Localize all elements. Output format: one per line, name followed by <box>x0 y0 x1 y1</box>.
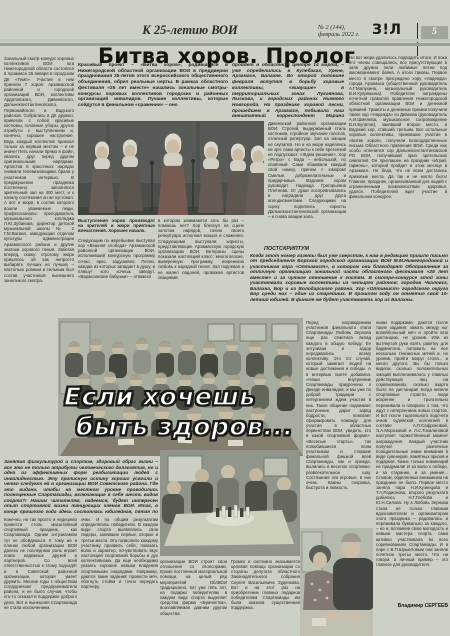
issue-number: № 2 (144), <box>318 24 360 31</box>
lead-paragraph-bottom: Занятия физкультурой и спортом, здоровый… <box>4 459 158 514</box>
article-column-below-photo-right: в котором занимаются хоть бы раз – помни… <box>158 218 244 314</box>
author-signature: Владимир СЕРГЕЕВ <box>376 603 448 609</box>
photo-tint <box>300 528 373 636</box>
article-column-d: ными подарками; даются после такие задан… <box>376 320 448 601</box>
section-title: К 25-летию ВОИ <box>55 23 325 38</box>
photo-tint <box>78 121 264 215</box>
bottom-column-3: организации ВОИ строят свои отношения со… <box>160 559 227 634</box>
headline-bottom-line1: Если хочешь <box>64 382 256 411</box>
award-photo <box>300 528 373 636</box>
postscriptum-block: ПОСТСКРИПТУМ Когда этот номер газеты был… <box>250 246 448 314</box>
bottom-column-2: очки. И по общим результатам определялис… <box>81 517 158 634</box>
photo-caption: Выступления хоров производят на зрителей… <box>78 218 155 236</box>
article-column-below-photo-left: Следующим по жеребьевке выступал хор «Ве… <box>78 238 155 314</box>
article-column-c: Перед награждением участников финального… <box>306 320 371 525</box>
bottom-column-1: Конечно, не так просто и недешево провес… <box>4 517 77 634</box>
issue-month: февраль 2022 г. <box>318 31 360 38</box>
photo-tint <box>160 450 300 556</box>
chess-photo <box>160 450 300 556</box>
article-column-right: Но вот жюри удалилось подводить итоги. И… <box>349 55 447 245</box>
postscriptum-label: ПОСТСКРИПТУМ <box>250 246 448 252</box>
header-rule-light <box>0 39 450 42</box>
postscriptum-text: Когда этот номер газеты был уже сверстан… <box>250 254 448 304</box>
newspaper-page: К 25-летию ВОИ № 2 (144), февраль 2022 г… <box>0 0 450 636</box>
article-column-left: Зональный смотр-конкурс хоровых коллекти… <box>4 56 74 310</box>
article-column-middle: Дивеевской районной организации ВОИ. Стр… <box>268 121 346 245</box>
headline-bottom-line2: быть здоров... <box>76 412 293 441</box>
bottom-column-4: Громко и системно оказывается целевая по… <box>231 559 300 634</box>
newspaper-logo: З!Л <box>372 22 401 38</box>
issue-date: № 2 (144), февраль 2022 г. <box>318 24 360 38</box>
lead-paragraph-right: пройдет в областном центре 14 марта, – у… <box>232 63 344 118</box>
lead-paragraph-left: Красивый проект – «Битва хоров», родивши… <box>78 63 228 118</box>
choir-photo <box>78 121 264 215</box>
page-number: 5 <box>421 26 448 39</box>
